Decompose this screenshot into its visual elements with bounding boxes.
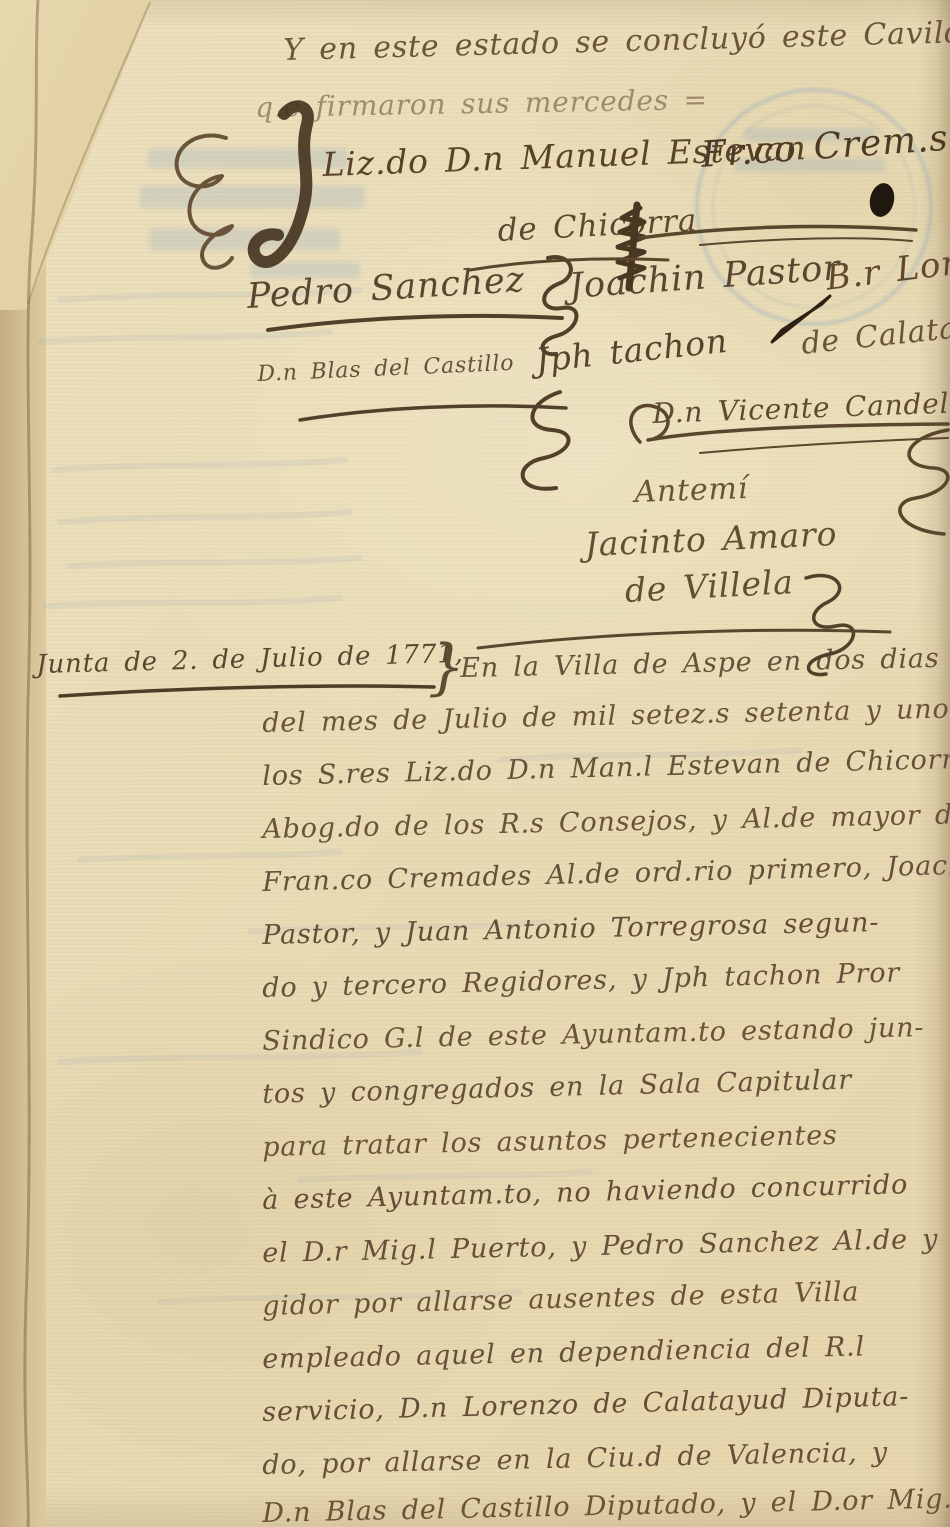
paraph-tachon	[523, 392, 569, 489]
body-line: do y tercero Regidores, y Jph tachon Pro…	[262, 959, 900, 1002]
body-line: tos y congregados en la Sala Capitular	[262, 1067, 852, 1108]
underline-heading	[60, 686, 434, 696]
ghost-print-bar	[148, 148, 348, 168]
signature-licenciado-surname: de Chicorra	[497, 206, 698, 247]
body-line: do, por allarse en la Ciu.d de Valencia,…	[262, 1439, 888, 1479]
body-line: los S.res Liz.do D.n Man.l Estevan de Ch…	[262, 746, 950, 790]
body-line: para tratar los asuntos pertenecientes	[262, 1122, 838, 1161]
body-line: Abog.do de los R.s Consejos, y Al.de may…	[262, 800, 950, 843]
margin-heading: Junta de 2. de Julio de 1771,	[36, 641, 464, 678]
ghost-print-bar	[140, 186, 365, 208]
closing-line-1: Y en este estado se concluyó este Cavild…	[283, 18, 950, 66]
signature-blas-castillo: D.n Blas del Castillo	[257, 353, 515, 386]
underline-pedro	[268, 316, 562, 330]
ghost-print-bar	[150, 228, 340, 250]
body-line: empleado aquel en dependiencia del R.l	[262, 1333, 865, 1373]
body-line: gidor por allarse ausentes de esta Villa	[262, 1278, 859, 1320]
folded-corner	[0, 0, 160, 310]
body-line: En la Villa de Aspe en dos dias	[460, 645, 940, 682]
edge-flourish	[900, 430, 948, 534]
notary-surname: de Villela	[624, 565, 794, 607]
body-line: à este Ayuntam.to, no haviendo concurrid…	[262, 1171, 908, 1214]
underline-castillo	[300, 406, 566, 420]
body-line: del mes de Julio de mil setez.s setenta …	[262, 696, 950, 737]
manuscript-page: Y en este estado se concluyó este Cavild…	[0, 0, 950, 1527]
signature-vicente-candel: D.n Vicente Candel	[652, 390, 950, 428]
ante-mi: Antemí	[634, 474, 749, 508]
body-line: el D.r Mig.l Puerto, y Pedro Sanchez Al.…	[262, 1225, 950, 1267]
body-line: Fran.co Cremades Al.de ord.rio primero, …	[262, 851, 950, 896]
body-line: servicio, D.n Lorenzo de Calatayud Diput…	[262, 1383, 909, 1426]
body-line: Pastor, y Juan Antonio Torregrosa segun-	[262, 909, 879, 949]
closing-line-2: q.e firmaron sus mercedes =	[255, 86, 708, 122]
notary-name: Jacinto Amaro	[584, 517, 838, 561]
body-line: D.n Blas del Castillo Diputado, y el D.o…	[262, 1485, 950, 1527]
body-line: Sindico G.l de este Ayuntam.to estando j…	[262, 1014, 925, 1055]
signature-tachon: Jph tachon	[534, 324, 729, 377]
